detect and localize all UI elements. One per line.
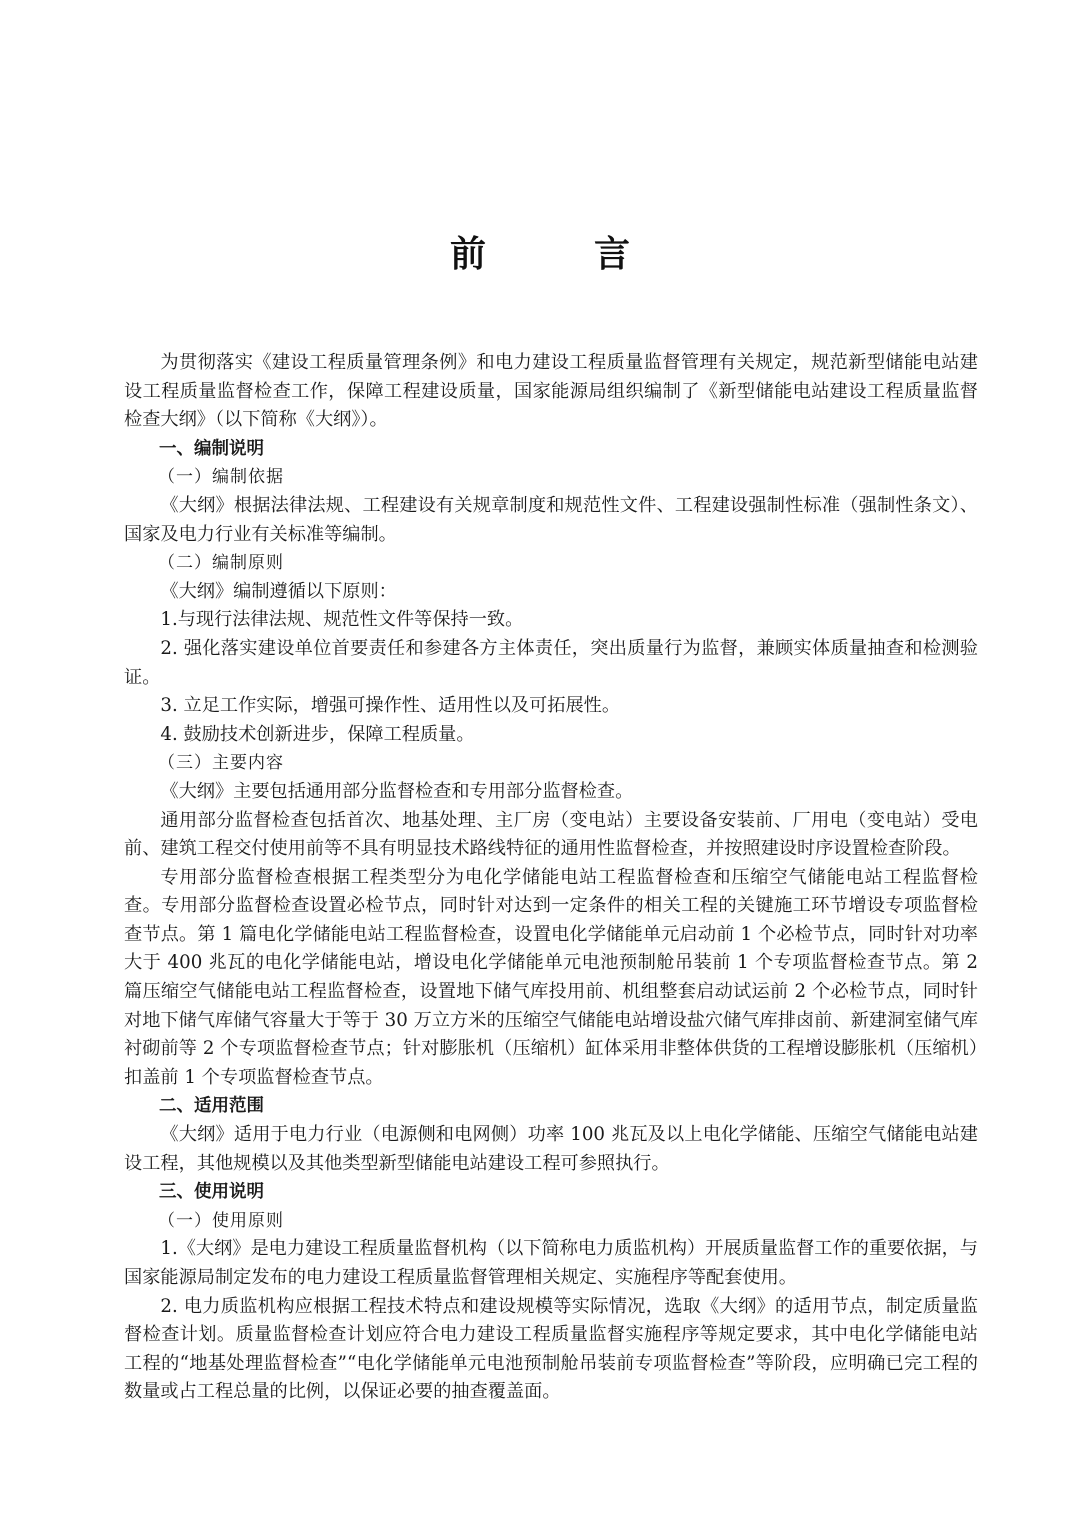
principle-item-1: 1.与现行法律法规、规范性文件等保持一致。 [124, 606, 978, 635]
document-body: 为贯彻落实《建设工程质量管理条例》和电力建设工程质量监督管理有关规定，规范新型储… [124, 349, 978, 1407]
usage-item-1: 1.《大纲》是电力建设工程质量监督机构（以下简称电力质监机构）开展质量监督工作的… [124, 1235, 978, 1292]
usage-item-2: 2. 电力质监机构应根据工程技术特点和建设规模等实际情况，选取《大纲》的适用节点… [124, 1293, 978, 1407]
paragraph-general-part: 通用部分监督检查包括首次、地基处理、主厂房（变电站）主要设备安装前、厂用电（变电… [124, 807, 978, 864]
section-heading-scope: 二、适用范围 [124, 1092, 978, 1121]
paragraph-basis: 《大纲》根据法律法规、工程建设有关规章制度和规范性文件、工程建设强制性标准（强制… [124, 492, 978, 549]
paragraph-content-intro: 《大纲》主要包括通用部分监督检查和专用部分监督检查。 [124, 778, 978, 807]
title-char-2: 言 [594, 226, 630, 277]
subsection-heading-basis: （一）编制依据 [124, 463, 978, 492]
page-title: 前言 [0, 226, 1080, 277]
paragraph-principles-intro: 《大纲》编制遵循以下原则： [124, 578, 978, 607]
intro-paragraph: 为贯彻落实《建设工程质量管理条例》和电力建设工程质量监督管理有关规定，规范新型储… [124, 349, 978, 435]
section-heading-compilation: 一、编制说明 [124, 435, 978, 464]
subsection-heading-principles: （二）编制原则 [124, 549, 978, 578]
title-char-1: 前 [450, 226, 486, 277]
subsection-heading-content: （三）主要内容 [124, 749, 978, 778]
principle-item-3: 3. 立足工作实际，增强可操作性、适用性以及可拓展性。 [124, 692, 978, 721]
principle-item-2: 2. 强化落实建设单位首要责任和参建各方主体责任，突出质量行为监督，兼顾实体质量… [124, 635, 978, 692]
subsection-heading-usage-principles: （一）使用原则 [124, 1207, 978, 1236]
section-heading-usage: 三、使用说明 [124, 1178, 978, 1207]
paragraph-special-part: 专用部分监督检查根据工程类型分为电化学储能电站工程监督检查和压缩空气储能电站工程… [124, 864, 978, 1093]
paragraph-scope: 《大纲》适用于电力行业（电源侧和电网侧）功率 100 兆瓦及以上电化学储能、压缩… [124, 1121, 978, 1178]
principle-item-4: 4. 鼓励技术创新进步，保障工程质量。 [124, 721, 978, 750]
